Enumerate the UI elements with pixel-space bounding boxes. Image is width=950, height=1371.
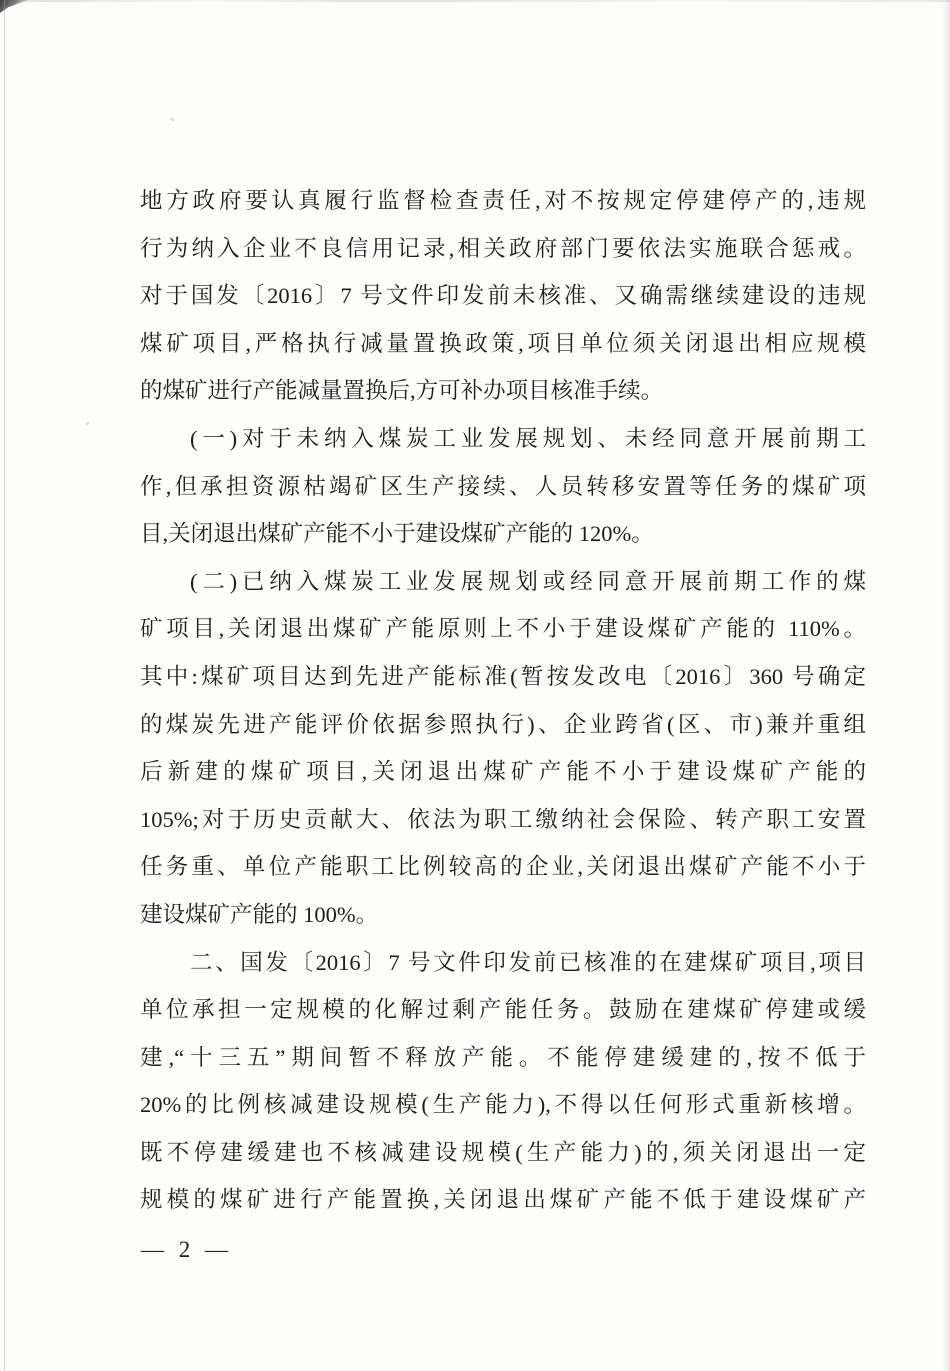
text-line: 任务重、单位产能职工比例较高的企业,关闭退出煤矿产能不小于 — [140, 843, 866, 891]
text-line: 对于国发〔2016〕7 号文件印发前未核准、又确需继续建设的违规 — [140, 272, 866, 320]
text-line: 后新建的煤矿项目,关闭退出煤矿产能不小于建设煤矿产能的 — [140, 748, 866, 796]
text-line: (二)已纳入煤炭工业发展规划或经同意开展前期工作的煤 — [140, 558, 866, 606]
document-body: 地方政府要认真履行监督检查责任,对不按规定停建停产的,违规行为纳入企业不良信用记… — [140, 177, 866, 1224]
text-line: 建,“十三五”期间暂不释放产能。不能停建缓建的,按不低于 — [140, 1034, 866, 1082]
text-line: 的煤炭先进产能评价依据参照执行)、企业跨省(区、市)兼并重组 — [140, 701, 866, 749]
document-page: 地方政府要认真履行监督检查责任,对不按规定停建停产的,违规行为纳入企业不良信用记… — [0, 0, 950, 1371]
text-line: 目,关闭退出煤矿产能不小于建设煤矿产能的 120%。 — [140, 510, 866, 558]
text-line: 其中:煤矿项目达到先进产能标准(暂按发改电〔2016〕360 号确定 — [140, 653, 866, 701]
text-line: 既不停建缓建也不核减建设规模(生产能力)的,须关闭退出一定 — [140, 1129, 866, 1177]
text-line: 单位承担一定规模的化解过剩产能任务。鼓励在建煤矿停建或缓 — [140, 986, 866, 1034]
text-line: 行为纳入企业不良信用记录,相关政府部门要依法实施联合惩戒。 — [140, 225, 866, 273]
scan-artifact-left-line — [4, 0, 5, 1371]
text-line: (一)对于未纳入煤炭工业发展规划、未经同意开展前期工 — [140, 415, 866, 463]
text-line: 建设煤矿产能的 100%。 — [140, 891, 866, 939]
text-line: 煤矿项目,严格执行减量置换政策,项目单位须关闭退出相应规模 — [140, 320, 866, 368]
scan-artifact-right-shadow — [942, 0, 950, 1371]
text-line: 矿项目,关闭退出煤矿产能原则上不小于建设煤矿产能的 110%。 — [140, 605, 866, 653]
text-line: 作,但承担资源枯竭矿区生产接续、人员转移安置等任务的煤矿项 — [140, 463, 866, 511]
text-line: 的煤矿进行产能减量置换后,方可补办项目核准手续。 — [140, 367, 866, 415]
scan-artifact-speck — [86, 422, 89, 425]
text-line: 二、国发〔2016〕7 号文件印发前已核准的在建煤矿项目,项目 — [140, 939, 866, 987]
text-line: 105%;对于历史贡献大、依法为职工缴纳社会保险、转产职工安置 — [140, 796, 866, 844]
text-line: 地方政府要认真履行监督检查责任,对不按规定停建停产的,违规 — [140, 177, 866, 225]
text-line: 20%的比例核减建设规模(生产能力),不得以任何形式重新核增。 — [140, 1081, 866, 1129]
scan-artifact-speck — [170, 117, 176, 122]
text-line: 规模的煤矿进行产能置换,关闭退出煤矿产能不低于建设煤矿产 — [140, 1176, 866, 1224]
page-number: — 2 — — [141, 1236, 228, 1264]
scan-artifact-top-edge — [0, 0, 950, 2]
